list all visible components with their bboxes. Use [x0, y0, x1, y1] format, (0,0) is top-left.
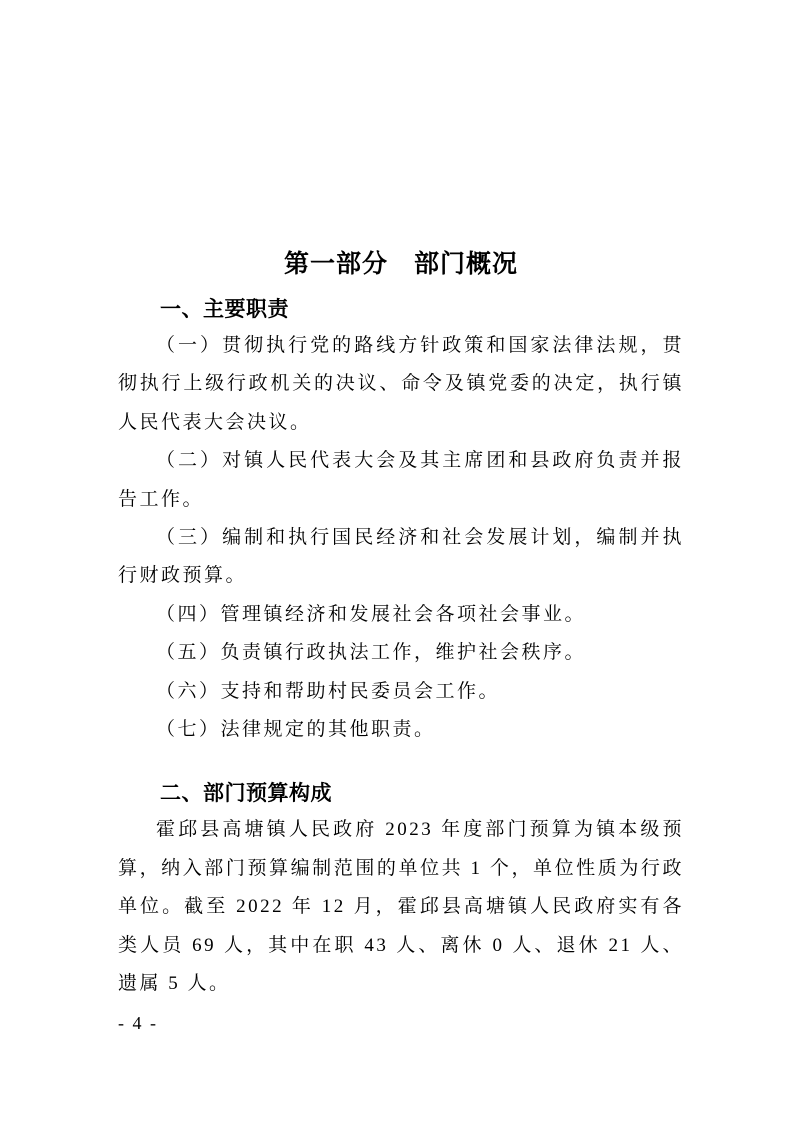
section-budget-composition-heading: 二、部门预算构成 — [118, 777, 684, 811]
duty-paragraph-6: （六）支持和帮助村民委员会工作。 — [118, 673, 684, 711]
section-budget-composition: 二、部门预算构成 霍邱县高塘镇人民政府 2023 年度部门预算为镇本级预算，纳入… — [118, 777, 684, 1003]
duty-paragraph-2: （二）对镇人民代表大会及其主席团和县政府负责并报告工作。 — [118, 442, 684, 519]
document-page: 第一部分 部门概况 一、主要职责 （一）贯彻执行党的路线方针政策和国家法律法规，… — [0, 0, 793, 1122]
duty-paragraph-4: （四）管理镇经济和发展社会各项社会事业。 — [118, 596, 684, 634]
budget-paragraph: 霍邱县高塘镇人民政府 2023 年度部门预算为镇本级预算，纳入部门预算编制范围的… — [118, 811, 684, 1003]
section-main-duties-heading: 一、主要职责 — [118, 293, 684, 327]
duty-paragraph-7: （七）法律规定的其他职责。 — [118, 711, 684, 749]
page-number: - 4 - — [118, 1013, 158, 1034]
document-title: 第一部分 部门概况 — [118, 247, 684, 281]
duty-paragraph-5: （五）负责镇行政执法工作，维护社会秩序。 — [118, 634, 684, 672]
section-main-duties: 一、主要职责 （一）贯彻执行党的路线方针政策和国家法律法规，贯彻执行上级行政机关… — [118, 293, 684, 749]
duty-paragraph-3: （三）编制和执行国民经济和社会发展计划，编制并执行财政预算。 — [118, 519, 684, 596]
duty-paragraph-1: （一）贯彻执行党的路线方针政策和国家法律法规，贯彻执行上级行政机关的决议、命令及… — [118, 327, 684, 442]
page-content: 第一部分 部门概况 一、主要职责 （一）贯彻执行党的路线方针政策和国家法律法规，… — [118, 247, 684, 1004]
